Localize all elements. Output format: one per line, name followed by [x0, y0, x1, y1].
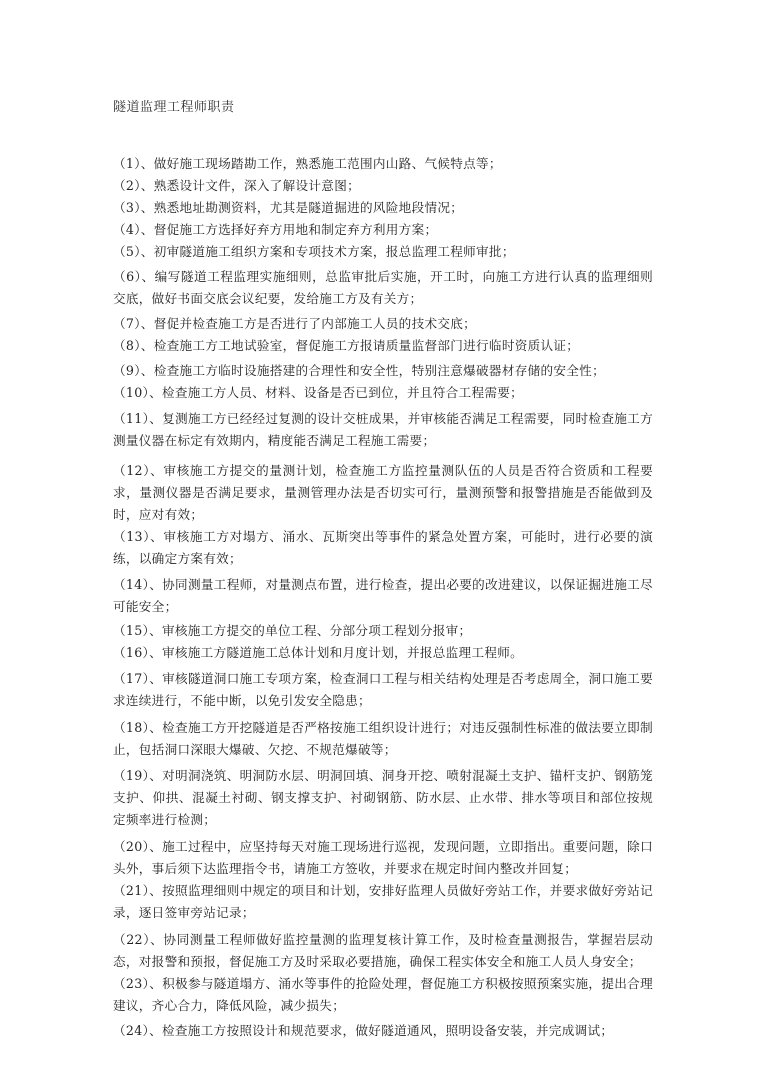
- duty-item-9: （9）、检查施工方临时设施搭建的合理性和安全性，特别注意爆破器材存储的安全性；: [113, 360, 653, 382]
- duty-item-17: （17）、审核隧道洞口施工专项方案，检查洞口工程与相关结构处理是否考虑周全，洞口…: [113, 668, 653, 712]
- duty-item-21: （21）、按照监理细则中规定的项目和计划，安排好监理人员做好旁站工作，并要求做好…: [113, 880, 653, 924]
- duty-item-3: （3）、熟悉地址勘测资料，尤其是隧道掘进的风险地段情况；: [113, 197, 653, 219]
- duty-item-22: （22）、协同测量工程师做好监控量测的监理复核计算工作，及时检查量测报告，掌握岩…: [113, 929, 653, 973]
- duty-item-20: （20）、施工过程中，应坚持每天对施工现场进行巡视，发现问题，立即指出。重要问题…: [113, 836, 653, 880]
- duty-item-19: （19）、对明洞浇筑、明洞防水层、明洞回填、洞身开挖、喷射混凝土支护、锚杆支护、…: [113, 765, 653, 831]
- document-page: 隧道监理工程师职责 （1）、做好施工现场踏勘工作，熟悉施工范围内山路、气候特点等…: [0, 0, 763, 1080]
- duty-item-12: （12）、审核施工方提交的量测计划，检查施工方监控量测队伍的人员是否符合资质和工…: [113, 460, 653, 526]
- duty-item-7: （7）、督促并检查施工方是否进行了内部施工人员的技术交底；: [113, 313, 653, 335]
- duty-item-23: （23）、积极参与隧道塌方、涌水等事件的抢险处理，督促施工方积极按照预案实施，提…: [113, 973, 653, 1017]
- duty-item-16: （16）、审核施工方隧道施工总体计划和月度计划，并报总监理工程师。: [113, 642, 653, 664]
- duty-item-5: （5）、初审隧道施工组织方案和专项技术方案，报总监理工程师审批；: [113, 241, 653, 263]
- duty-item-18: （18）、检查施工方开挖隧道是否严格按施工组织设计进行；对违反强制性标准的做法要…: [113, 717, 653, 761]
- duty-item-24: （24）、检查施工方按照设计和规范要求，做好隧道通风，照明设备安装，并完成调试；: [113, 1020, 653, 1042]
- duty-item-6: （6）、编写隧道工程监理实施细则，总监审批后实施，开工时，向施工方进行认真的监理…: [113, 266, 653, 310]
- duty-item-11: （11）、复测施工方已经经过复测的设计交桩成果，并审核能否满足工程需要，同时检查…: [113, 408, 653, 452]
- duty-item-4: （4）、督促施工方选择好弃方用地和制定弃方利用方案；: [113, 219, 653, 241]
- duty-item-2: （2）、熟悉设计文件，深入了解设计意图；: [113, 175, 653, 197]
- duty-item-10: （10）、检查施工方人员、材料、设备是否已到位，并且符合工程需要；: [113, 382, 653, 404]
- duty-item-13: （13）、审核施工方对塌方、涌水、瓦斯突出等事件的紧急处置方案，可能时，进行必要…: [113, 526, 653, 570]
- duty-item-14: （14）、协同测量工程师，对量测点布置，进行检查，提出必要的改进建议，以保证掘进…: [113, 574, 653, 618]
- duty-item-15: （15）、审核施工方提交的单位工程、分部分项工程划分报审；: [113, 620, 653, 642]
- duty-item-1: （1）、做好施工现场踏勘工作，熟悉施工范围内山路、气候特点等；: [113, 153, 653, 175]
- duty-item-8: （8）、检查施工方工地试验室，督促施工方报请质量监督部门进行临时资质认证；: [113, 335, 653, 357]
- document-title: 隧道监理工程师职责: [113, 99, 235, 117]
